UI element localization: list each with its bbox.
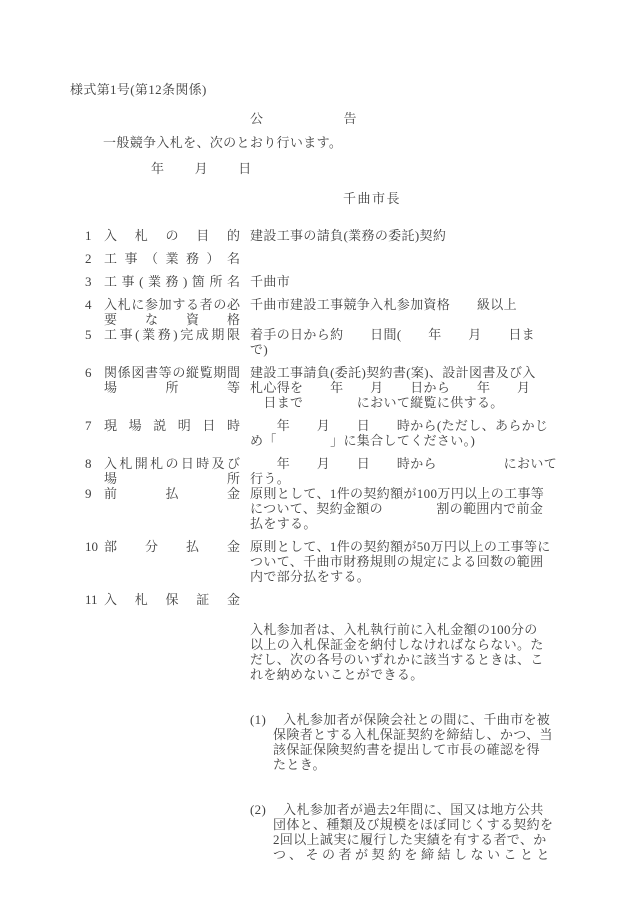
subitem-1-text: (1) 入札参加者が保険会社との間に、千曲市を被 保険者とする入札保証契約を締結… xyxy=(250,712,553,772)
item-row-3: 3 工事(業務)箇所名 千曲市 xyxy=(85,274,575,289)
item-content: 建設工事請負(委託)契約書(案)、設計図書及び入 札心得を 年 月 日から 年 … xyxy=(250,365,570,410)
item-number: 4 xyxy=(85,297,104,312)
item-content: 年 月 日 時から(ただし、あらかじ め「 」に集合してください。) xyxy=(250,418,570,448)
item-content: 原則として、1件の契約額が50万円以上の工事等に ついて、千曲市財務規則の規定に… xyxy=(250,539,570,584)
item-row-1: 1 入札の目的 建設工事の請負(業務の委託)契約 xyxy=(85,228,575,243)
item-content: 千曲市建設工事競争入札参加資格 級以上 xyxy=(250,297,570,312)
item-row-10: 10 部分払金 原則として、1件の契約額が50万円以上の工事等に ついて、千曲市… xyxy=(85,539,575,584)
items-list: 1 入札の目的 建設工事の請負(業務の委託)契約 2 工事（業務）名 3 工事(… xyxy=(85,228,575,900)
item-number: 1 xyxy=(85,228,104,243)
item-row-5: 5 工事(業務)完成期限 着手の日から約 日間( 年 月 日ま で) xyxy=(85,327,575,357)
item-number: 6 xyxy=(85,365,104,380)
item-label: 部分払金 xyxy=(104,539,240,554)
notice-page: 様式第1号(第12条関係) 公 告 一般競争入札を、次のとおり行います。 年 月… xyxy=(0,0,630,903)
item-label: 工事(業務)完成期限 xyxy=(104,327,240,342)
item-11-paragraph: 入札参加者は、入札執行前に入札金額の100分の 以上の入札保証金を納付しなければ… xyxy=(250,622,570,682)
item-number: 3 xyxy=(85,274,104,289)
item-11-subitem-2: (2) 入札参加者が過去2年間に、国又は地方公共 団体と、種類及び規模をほぼ同じ… xyxy=(250,802,570,862)
item-label: 前払金 xyxy=(104,486,240,501)
item-number: 7 xyxy=(85,418,104,433)
item-number: 2 xyxy=(85,251,104,266)
item-number: 9 xyxy=(85,486,104,501)
mayor-signature: 千曲市長 xyxy=(343,191,401,206)
item-row-8: 8 入札開札の日時及び 場所 年 月 日 時から において 行う。 xyxy=(85,456,575,486)
subitem-2-text: (2) 入札参加者が過去2年間に、国又は地方公共 団体と、種類及び規模をほぼ同じ… xyxy=(250,802,553,847)
item-label: 関係図書等の縦覧期間 場所等 xyxy=(104,365,240,395)
date-line: 年 月 日 xyxy=(151,161,252,176)
item-row-6: 6 関係図書等の縦覧期間 場所等 建設工事請負(委託)契約書(案)、設計図書及び… xyxy=(85,365,575,410)
item-label: 工事(業務)箇所名 xyxy=(104,274,240,289)
item-number: 5 xyxy=(85,327,104,342)
item-number: 11 xyxy=(85,592,104,607)
item-label: 入札の目的 xyxy=(104,228,240,243)
item-row-2: 2 工事（業務）名 xyxy=(85,251,575,266)
page-title: 公 告 xyxy=(250,111,357,126)
item-label: 入札に参加する者の必 要な資格 xyxy=(104,297,240,327)
item-row-4: 4 入札に参加する者の必 要な資格 千曲市建設工事競争入札参加資格 級以上 xyxy=(85,297,575,327)
item-number: 10 xyxy=(85,539,104,554)
item-row-9: 9 前払金 原則として、1件の契約額が100万円以上の工事等 について、契約金額… xyxy=(85,486,575,531)
intro-text: 一般競争入札を、次のとおり行います。 xyxy=(103,135,342,150)
item-label: 入札開札の日時及び 場所 xyxy=(104,456,240,486)
item-row-11: 11 入札保証金 入札参加者は、入札執行前に入札金額の100分の 以上の入札保証… xyxy=(85,592,575,892)
item-label: 工事（業務）名 xyxy=(104,251,240,266)
item-content: 着手の日から約 日間( 年 月 日ま で) xyxy=(250,327,570,357)
item-label: 入札保証金 xyxy=(104,592,240,607)
subitem-2-last-line: つ、その者が契約を締結しないことと xyxy=(273,847,570,862)
form-number: 様式第1号(第12条関係) xyxy=(70,82,207,97)
item-11-subitem-1: (1) 入札参加者が保険会社との間に、千曲市を被 保険者とする入札保証契約を締結… xyxy=(250,712,570,772)
item-row-7: 7 現場説明日時 年 月 日 時から(ただし、あらかじ め「 」に集合してくださ… xyxy=(85,418,575,448)
item-number: 8 xyxy=(85,456,104,471)
item-label: 現場説明日時 xyxy=(104,418,240,433)
item-content: 年 月 日 時から において 行う。 xyxy=(250,456,570,486)
item-content: 千曲市 xyxy=(250,274,570,289)
item-content: 原則として、1件の契約額が100万円以上の工事等 について、契約金額の 割の範囲… xyxy=(250,486,570,531)
item-content: 建設工事の請負(業務の委託)契約 xyxy=(250,228,570,243)
item-content: 入札参加者は、入札執行前に入札金額の100分の 以上の入札保証金を納付しなければ… xyxy=(250,592,570,892)
